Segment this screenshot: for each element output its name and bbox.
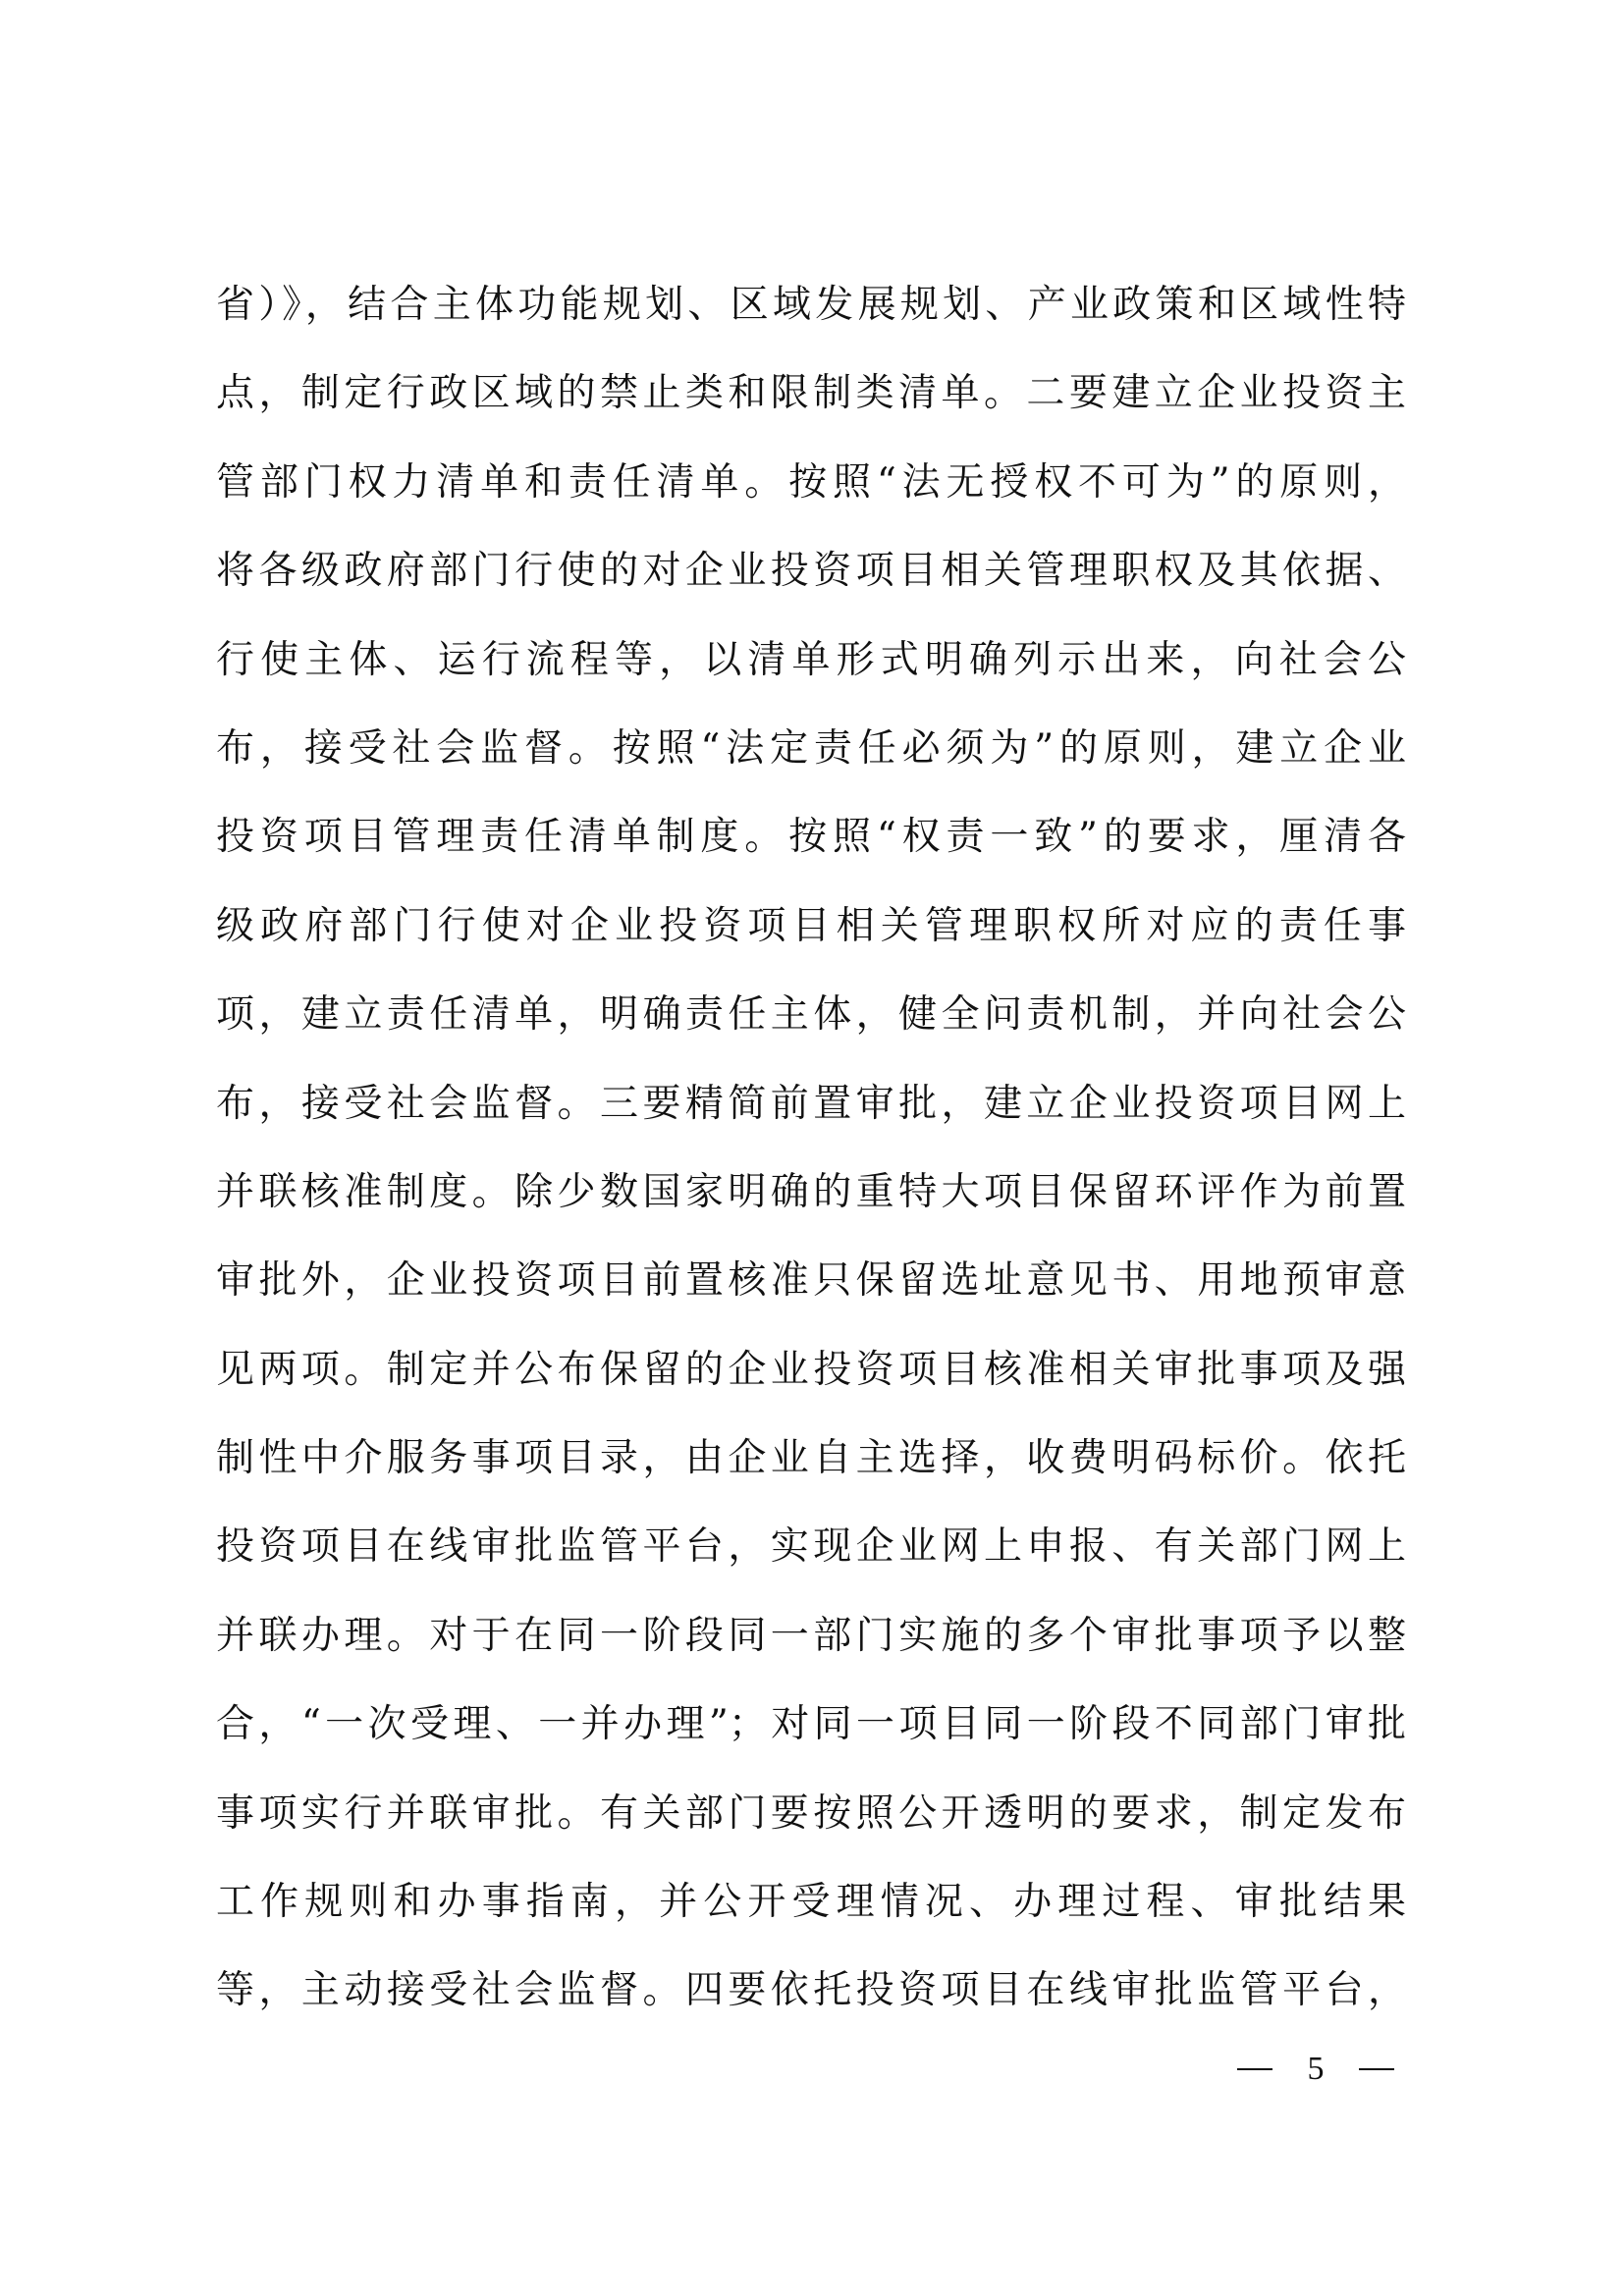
text-line: 并联核准制度。除少数国家明确的重特大项目保留环评作为前置 xyxy=(216,1148,1406,1237)
text-line: 见两项。制定并公布保留的企业投资项目核准相关审批事项及强 xyxy=(216,1326,1406,1415)
page-number-left-dash xyxy=(1237,2068,1272,2070)
text-line: 将各级政府部门行使的对企业投资项目相关管理职权及其依据、 xyxy=(216,527,1406,615)
text-line: 等，主动接受社会监督。四要依托投资项目在线审批监管平台， xyxy=(216,1947,1406,2035)
body-text: 省）》，结合主体功能规划、区域发展规划、产业政策和区域性特 点，制定行政区域的禁… xyxy=(216,261,1406,2036)
document-page: 省）》，结合主体功能规划、区域发展规划、产业政策和区域性特 点，制定行政区域的禁… xyxy=(0,0,1624,2296)
text-line: 投资项目管理责任清单制度。按照“权责一致”的要求，厘清各 xyxy=(216,793,1406,881)
text-line: 点，制定行政区域的禁止类和限制类清单。二要建立企业投资主 xyxy=(216,349,1406,438)
text-line: 布，接受社会监督。按照“法定责任必须为”的原则，建立企业 xyxy=(216,705,1406,793)
page-number: 5 xyxy=(1237,2050,1394,2089)
text-line: 合，“一次受理、一并办理”；对同一项目同一阶段不同部门审批 xyxy=(216,1681,1406,1769)
text-line: 行使主体、运行流程等，以清单形式明确列示出来，向社会公 xyxy=(216,616,1406,705)
text-line: 并联办理。对于在同一阶段同一部门实施的多个审批事项予以整 xyxy=(216,1592,1406,1681)
text-line: 项，建立责任清单，明确责任主体，健全问责机制，并向社会公 xyxy=(216,971,1406,1059)
text-line: 制性中介服务事项目录，由企业自主选择，收费明码标价。依托 xyxy=(216,1415,1406,1503)
text-line: 布，接受社会监督。三要精简前置审批，建立企业投资项目网上 xyxy=(216,1060,1406,1148)
text-line: 事项实行并联审批。有关部门要按照公开透明的要求，制定发布 xyxy=(216,1770,1406,1858)
text-line: 级政府部门行使对企业投资项目相关管理职权所对应的责任事 xyxy=(216,882,1406,971)
page-number-value: 5 xyxy=(1308,2050,1325,2089)
page-number-right-dash xyxy=(1359,2068,1394,2070)
text-line: 省）》，结合主体功能规划、区域发展规划、产业政策和区域性特 xyxy=(216,261,1406,349)
text-line: 审批外，企业投资项目前置核准只保留选址意见书、用地预审意 xyxy=(216,1237,1406,1325)
text-line: 投资项目在线审批监管平台，实现企业网上申报、有关部门网上 xyxy=(216,1503,1406,1591)
text-line: 管部门权力清单和责任清单。按照“法无授权不可为”的原则， xyxy=(216,439,1406,527)
text-line: 工作规则和办事指南，并公开受理情况、办理过程、审批结果 xyxy=(216,1858,1406,1947)
